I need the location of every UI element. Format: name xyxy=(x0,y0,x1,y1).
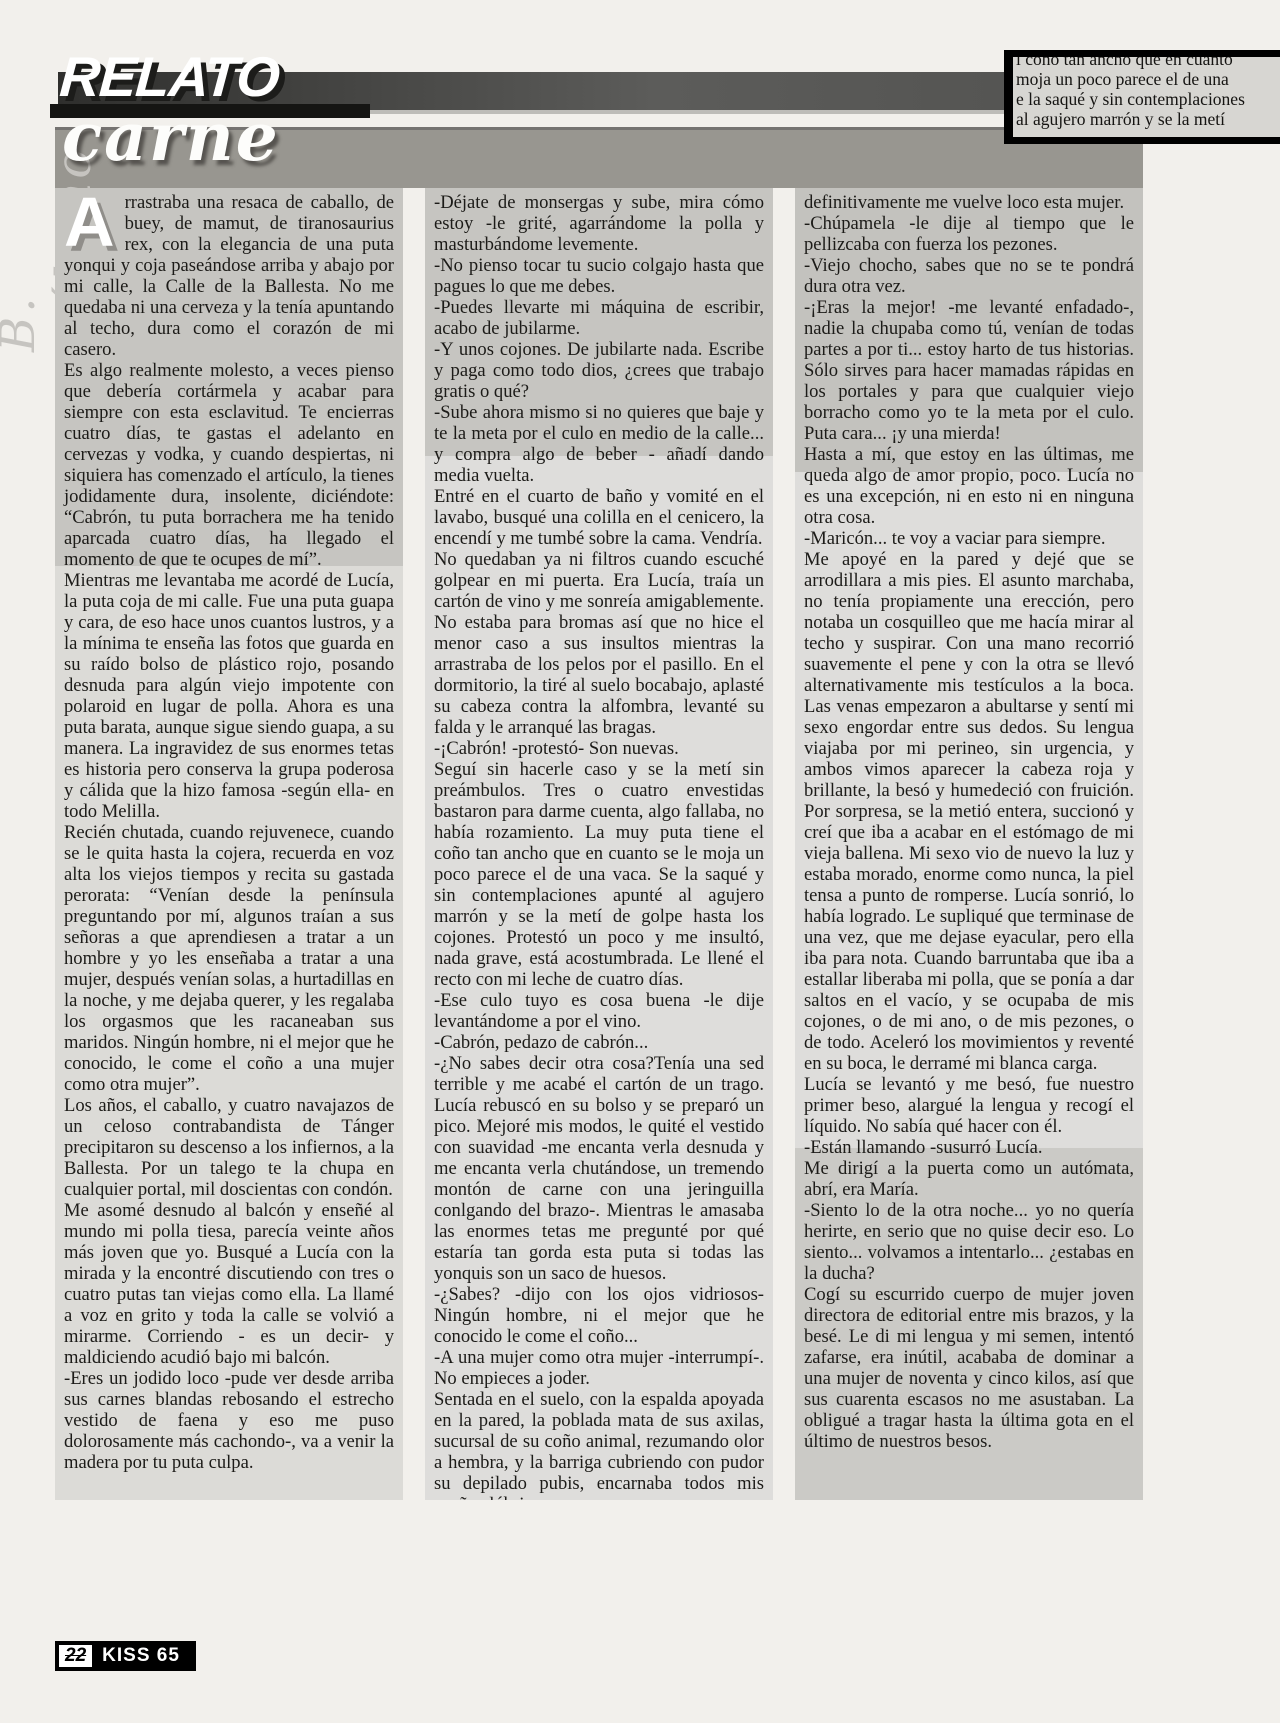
footer-badge: 22 KISS 65 xyxy=(55,1641,196,1671)
page-number: 22 xyxy=(59,1645,92,1667)
paragraph: Entré en el cuarto de baño y vomité en e… xyxy=(434,486,764,549)
paragraph: -Cabrón, pedazo de cabrón... xyxy=(434,1032,764,1053)
paragraph: -¿No sabes decir otra cosa?Tenía una sed… xyxy=(434,1053,764,1284)
pull-quote-line: e la saqué y sin contemplaciones xyxy=(1016,89,1276,109)
magazine-issue-label: KISS 65 xyxy=(102,1645,180,1667)
paragraph: Sentada en el suelo, con la espalda apoy… xyxy=(434,1389,764,1500)
paragraph: -Puedes llevarte mi máquina de escribir,… xyxy=(434,297,764,339)
text-column-3: definitivamente me vuelve loco esta muje… xyxy=(795,188,1143,1500)
pull-quote-text: l coño tan ancho que en cuantomoja un po… xyxy=(1013,57,1280,137)
paragraph: Arrastraba una resaca de caballo, de bue… xyxy=(64,192,394,360)
paragraph: -No pienso tocar tu sucio colgajo hasta … xyxy=(434,255,764,297)
paragraph: -Déjate de monsergas y sube, mira cómo e… xyxy=(434,192,764,255)
paragraph: -Sube ahora mismo si no quieres que baje… xyxy=(434,402,764,486)
paragraph: -Maricón... te voy a vaciar para siempre… xyxy=(804,528,1134,549)
paragraph: Los años, el caballo, y cuatro navajazos… xyxy=(64,1095,394,1200)
magazine-page: { "header": { "section_label": "RELATO",… xyxy=(0,0,1280,1723)
paragraph: Cogí su escurrido cuerpo de mujer joven … xyxy=(804,1284,1134,1452)
pull-quote-line: moja un poco parece el de una xyxy=(1016,69,1276,89)
paragraph: Mientras me levantaba me acordé de Lucía… xyxy=(64,570,394,822)
page-title: carne xyxy=(62,98,280,176)
pull-quote-box: l coño tan ancho que en cuantomoja un po… xyxy=(1004,50,1280,144)
paragraph: definitivamente me vuelve loco esta muje… xyxy=(804,192,1134,213)
paragraph: -Ese culo tuyo es cosa buena -le dije le… xyxy=(434,990,764,1032)
paragraph: -A una mujer como otra mujer -interrumpí… xyxy=(434,1347,764,1389)
paragraph: Recién chutada, cuando rejuvenece, cuand… xyxy=(64,822,394,1095)
paragraph: -Eres un jodido loco -pude ver desde arr… xyxy=(64,1368,394,1473)
paragraph: -Chúpamela -le dije al tiempo que le pel… xyxy=(804,213,1134,255)
paragraph: Lucía se levantó y me besó, fue nuestro … xyxy=(804,1074,1134,1137)
paragraph: Es algo realmente molesto, a veces piens… xyxy=(64,360,394,570)
paragraph: -Viejo chocho, sabes que no se te pondrá… xyxy=(804,255,1134,297)
paragraph: Hasta a mí, que estoy en las últimas, me… xyxy=(804,444,1134,528)
paragraph: -¡Eras la mejor! -me levanté enfadado-, … xyxy=(804,297,1134,444)
paragraph: Me apoyé en la pared y dejé que se arrod… xyxy=(804,549,1134,1074)
paragraph: Me asomé desnudo al balcón y enseñé al m… xyxy=(64,1200,394,1368)
paragraph: -¿Sabes? -dijo con los ojos vidriosos- N… xyxy=(434,1284,764,1347)
paragraph: -Y unos cojones. De jubilarte nada. Escr… xyxy=(434,339,764,402)
text-column-2: -Déjate de monsergas y sube, mira cómo e… xyxy=(425,188,773,1500)
pull-quote-line: l coño tan ancho que en cuanto xyxy=(1016,57,1276,69)
paragraph: Seguí sin hacerle caso y se la metí sin … xyxy=(434,759,764,990)
paragraph: -¡Cabrón! -protestó- Son nuevas. xyxy=(434,738,764,759)
article-body: Arrastraba una resaca de caballo, de bue… xyxy=(55,188,1143,1500)
paragraph: Me dirigí a la puerta como un autómata, … xyxy=(804,1158,1134,1200)
text-column-1: Arrastraba una resaca de caballo, de bue… xyxy=(55,188,403,1500)
paragraph: -Están llamando -susurró Lucía. xyxy=(804,1137,1134,1158)
drop-cap: A xyxy=(64,194,115,250)
paragraph: -Siento lo de la otra noche... yo no que… xyxy=(804,1200,1134,1284)
paragraph: No quedaban ya ni filtros cuando escuché… xyxy=(434,549,764,738)
pull-quote-line: al agujero marrón y se la metí xyxy=(1016,109,1276,129)
